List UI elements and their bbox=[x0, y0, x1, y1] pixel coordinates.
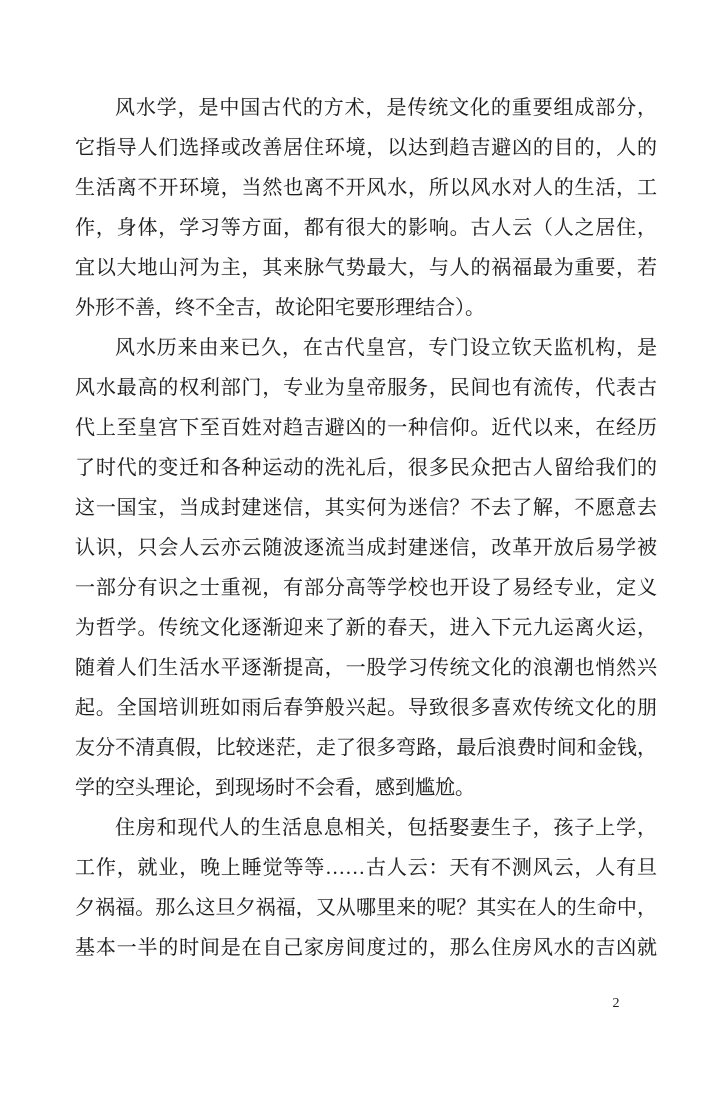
paragraph: 住房和现代人的生活息息相关，包括娶妻生子，孩子上学，工作，就业，晚上睡觉等等……… bbox=[75, 808, 657, 968]
text-line: 友分不清真假，比较迷茫，走了很多弯路，最后浪费时间和金钱， bbox=[75, 728, 657, 768]
text-line: 认识，只会人云亦云随波逐流当成封建迷信，改革开放后易学被 bbox=[75, 528, 657, 568]
text-line: 风水最高的权利部门，专业为皇帝服务，民间也有流传，代表古 bbox=[75, 368, 657, 408]
text-line: 工作，就业，晚上睡觉等等……古人云：天有不测风云，人有旦 bbox=[75, 848, 657, 888]
text-line: 外形不善，终不全吉，故论阳宅要形理结合）。 bbox=[75, 288, 657, 328]
text-line: 了时代的变迁和各种运动的洗礼后，很多民众把古人留给我们的 bbox=[75, 448, 657, 488]
text-line: 生活离不开环境，当然也离不开风水，所以风水对人的生活，工 bbox=[75, 168, 657, 208]
text-line: 风水学，是中国古代的方术，是传统文化的重要组成部分， bbox=[75, 88, 657, 128]
text-line: 学的空头理论，到现场时不会看，感到尴尬。 bbox=[75, 768, 657, 808]
text-line: 代上至皇宫下至百姓对趋吉避凶的一种信仰。近代以来，在经历 bbox=[75, 408, 657, 448]
text-line: 基本一半的时间是在自己家房间度过的，那么住房风水的吉凶就 bbox=[75, 928, 657, 968]
text-line: 一部分有识之士重视，有部分高等学校也开设了易经专业，定义 bbox=[75, 568, 657, 608]
page-number: 2 bbox=[606, 995, 626, 1013]
text-line: 起。全国培训班如雨后春笋般兴起。导致很多喜欢传统文化的朋 bbox=[75, 688, 657, 728]
text-line: 它指导人们选择或改善居住环境，以达到趋吉避凶的目的，人的 bbox=[75, 128, 657, 168]
text-line: 这一国宝，当成封建迷信，其实何为迷信？不去了解，不愿意去 bbox=[75, 488, 657, 528]
text-line: 风水历来由来已久，在古代皇宫，专门设立钦天监机构，是 bbox=[75, 328, 657, 368]
text-line: 宜以大地山河为主，其来脉气势最大，与人的祸福最为重要，若 bbox=[75, 248, 657, 288]
text-line: 为哲学。传统文化逐渐迎来了新的春天，进入下元九运离火运， bbox=[75, 608, 657, 648]
text-block: 风水学，是中国古代的方术，是传统文化的重要组成部分，它指导人们选择或改善居住环境… bbox=[75, 88, 657, 968]
text-line: 随着人们生活水平逐渐提高，一股学习传统文化的浪潮也悄然兴 bbox=[75, 648, 657, 688]
document-page: 风水学，是中国古代的方术，是传统文化的重要组成部分，它指导人们选择或改善居住环境… bbox=[0, 0, 727, 1117]
text-line: 住房和现代人的生活息息相关，包括娶妻生子，孩子上学， bbox=[75, 808, 657, 848]
text-line: 夕祸福。那么这旦夕祸福，又从哪里来的呢？其实在人的生命中， bbox=[75, 888, 657, 928]
text-line: 作，身体，学习等方面，都有很大的影响。古人云（人之居住， bbox=[75, 208, 657, 248]
paragraph: 风水学，是中国古代的方术，是传统文化的重要组成部分，它指导人们选择或改善居住环境… bbox=[75, 88, 657, 328]
paragraph: 风水历来由来已久，在古代皇宫，专门设立钦天监机构，是风水最高的权利部门，专业为皇… bbox=[75, 328, 657, 808]
